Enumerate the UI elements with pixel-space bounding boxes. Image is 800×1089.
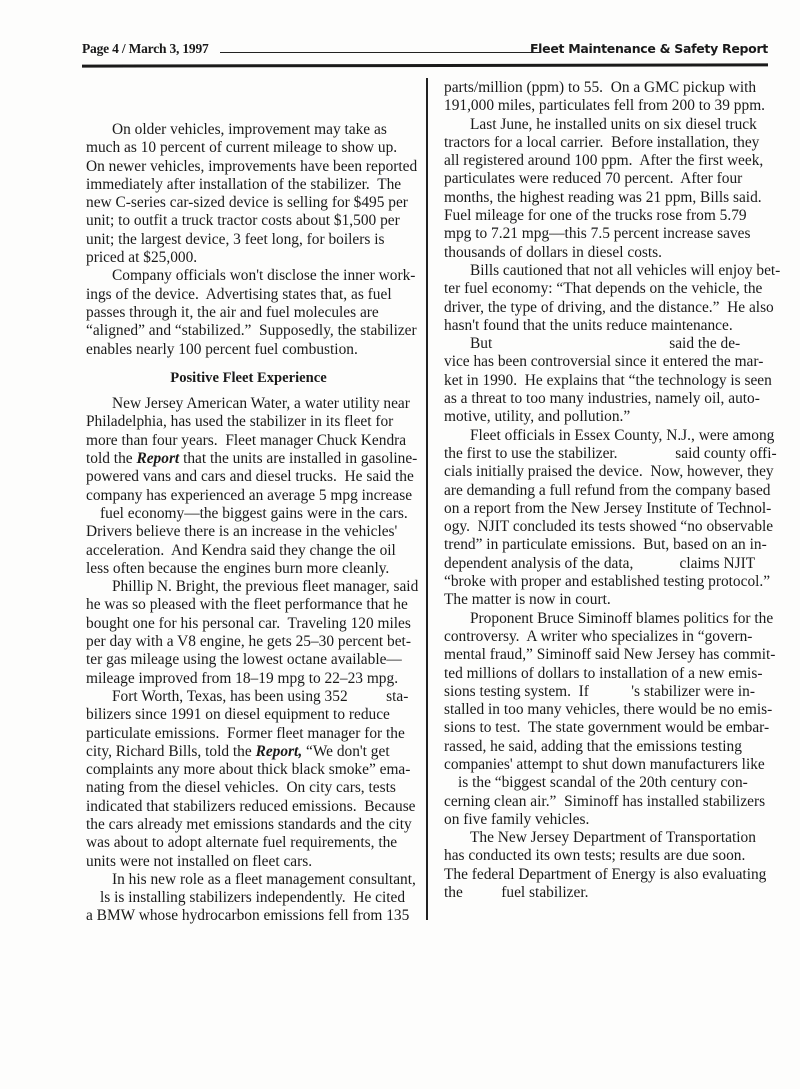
text-line: sions to test. The state government woul…	[444, 719, 774, 737]
text-line: as a threat to too many industries, name…	[444, 390, 774, 408]
text-line: Company officials won't disclose the inn…	[86, 267, 411, 285]
text-line: tractors for a local carrier. Before ins…	[444, 134, 774, 152]
text-line: dependent analysis of the data, claims N…	[444, 555, 774, 573]
text-line: ter gas mileage using the lowest octane …	[86, 651, 411, 669]
text-line: Bills cautioned that not all vehicles wi…	[444, 262, 774, 280]
text-line: units were not installed on fleet cars.	[86, 853, 411, 871]
text-line: sions testing system. If 's stabilizer w…	[444, 683, 774, 701]
text-line: 191,000 miles, particulates fell from 20…	[444, 97, 774, 115]
text-line: passes through it, the air and fuel mole…	[86, 304, 411, 322]
text-line: Fort Worth, Texas, has been using 352 st…	[86, 688, 411, 706]
text-line: unit; the largest device, 3 feet long, f…	[86, 231, 411, 249]
text-line: Philadelphia, has used the stabilizer in…	[86, 413, 411, 431]
page-info: Page 4 / March 3, 1997	[82, 41, 209, 57]
text-line: trend” in particulate emissions. But, ba…	[444, 536, 774, 554]
text-line: priced at $25,000.	[86, 249, 411, 267]
text-line: per day with a V8 engine, he gets 25–30 …	[86, 633, 411, 651]
text-line: bought one for his personal car. Traveli…	[86, 615, 411, 633]
text-line: complaints any more about thick black sm…	[86, 761, 411, 779]
text-line: on five family vehicles.	[444, 811, 774, 829]
text-line: powered vans and cars and diesel trucks.…	[86, 468, 411, 486]
text-line: On newer vehicles, improvements have bee…	[86, 158, 411, 176]
text-line: ls is installing stabilizers independent…	[86, 889, 411, 907]
text-line: The federal Department of Energy is also…	[444, 866, 774, 884]
text-line: driver, the type of driving, and the dis…	[444, 299, 774, 317]
text-line: acceleration. And Kendra said they chang…	[86, 542, 411, 560]
text-line: rassed, he said, adding that the emissio…	[444, 738, 774, 756]
text-line: particulates were reduced 70 percent. Af…	[444, 170, 774, 188]
text-line: unit; to outfit a truck tractor costs ab…	[86, 212, 411, 230]
text-line: company has experienced an average 5 mpg…	[86, 487, 411, 505]
text-line: mpg to 7.21 mpg—this 7.5 percent increas…	[444, 225, 774, 243]
text-line: immediately after installation of the st…	[86, 176, 411, 194]
text-line: ket in 1990. He explains that “the techn…	[444, 372, 774, 390]
text-line: months, the highest reading was 21 ppm, …	[444, 189, 774, 207]
left-column: On older vehicles, improvement may take …	[86, 121, 411, 926]
text-line: But said the de-	[444, 335, 774, 353]
header-divider	[82, 63, 768, 67]
text-line: ted millions of dollars to installation …	[444, 665, 774, 683]
text-line: much as 10 percent of current mileage to…	[86, 139, 411, 157]
text-line: he was so pleased with the fleet perform…	[86, 596, 411, 614]
text-line: told the Report that the units are insta…	[86, 450, 411, 468]
text-line: on a report from the New Jersey Institut…	[444, 500, 774, 518]
text-line: indicated that stabilizers reduced emiss…	[86, 798, 411, 816]
left-column-text-2: New Jersey American Water, a water utili…	[86, 395, 411, 926]
text-line: has conducted its own tests; results are…	[444, 847, 774, 865]
text-line: New Jersey American Water, a water utili…	[86, 395, 411, 413]
text-line: nating from the diesel vehicles. On city…	[86, 779, 411, 797]
text-line: are demanding a full refund from the com…	[444, 482, 774, 500]
text-line: particulate emissions. Former fleet mana…	[86, 725, 411, 743]
publication-reference: Report,	[256, 743, 303, 760]
left-column-text: On older vehicles, improvement may take …	[86, 121, 411, 359]
header-rule	[220, 52, 540, 53]
publication-title: Fleet Maintenance & Safety Report	[530, 41, 768, 56]
text-line: Drivers believe there is an increase in …	[86, 523, 411, 541]
text-line: motive, utility, and pollution.”	[444, 408, 774, 426]
text-line: In his new role as a fleet management co…	[86, 871, 411, 889]
text-line: ings of the device. Advertising states t…	[86, 286, 411, 304]
text-line: is the “biggest scandal of the 20th cent…	[444, 774, 774, 792]
right-column: parts/million (ppm) to 55. On a GMC pick…	[444, 79, 774, 902]
text-line: the first to use the stabilizer. said co…	[444, 445, 774, 463]
text-line: Phillip N. Bright, the previous fleet ma…	[86, 578, 411, 596]
text-line: Fuel mileage for one of the trucks rose …	[444, 207, 774, 225]
text-line: city, Richard Bills, told the Report, “W…	[86, 743, 411, 761]
text-line: hasn't found that the units reduce maint…	[444, 317, 774, 335]
text-line: a BMW whose hydrocarbon emissions fell f…	[86, 907, 411, 925]
text-line: On older vehicles, improvement may take …	[86, 121, 411, 139]
text-line: stalled in too many vehicles, there woul…	[444, 701, 774, 719]
text-line: mental fraud,” Siminoff said New Jersey …	[444, 646, 774, 664]
section-heading: Positive Fleet Experience	[86, 369, 411, 387]
text-line: controversy. A writer who specializes in…	[444, 628, 774, 646]
right-column-text: parts/million (ppm) to 55. On a GMC pick…	[444, 79, 774, 902]
text-line: mileage improved from 18–19 mpg to 22–23…	[86, 670, 411, 688]
text-line: was about to adopt alternate fuel requir…	[86, 834, 411, 852]
text-line: companies' attempt to shut down manufact…	[444, 756, 774, 774]
text-line: The New Jersey Department of Transportat…	[444, 829, 774, 847]
text-line: all registered around 100 ppm. After the…	[444, 152, 774, 170]
text-line: Last June, he installed units on six die…	[444, 116, 774, 134]
text-line: vice has been controversial since it ent…	[444, 353, 774, 371]
text-line: Fleet officials in Essex County, N.J., w…	[444, 427, 774, 445]
text-line: ogy. NJIT concluded its tests showed “no…	[444, 518, 774, 536]
text-line: The matter is now in court.	[444, 591, 774, 609]
text-line: parts/million (ppm) to 55. On a GMC pick…	[444, 79, 774, 97]
text-line: ter fuel economy: “That depends on the v…	[444, 280, 774, 298]
text-line: thousands of dollars in diesel costs.	[444, 244, 774, 262]
text-line: “broke with proper and established testi…	[444, 573, 774, 591]
text-line: cerning clean air.” Siminoff has install…	[444, 793, 774, 811]
text-line: less often because the engines burn more…	[86, 560, 411, 578]
publication-reference: Report	[136, 450, 179, 467]
text-line: cials initially praised the device. Now,…	[444, 463, 774, 481]
text-line: bilizers since 1991 on diesel equipment …	[86, 706, 411, 724]
text-line: the cars already met emissions standards…	[86, 816, 411, 834]
text-line: the fuel stabilizer.	[444, 884, 774, 902]
text-line: more than four years. Fleet manager Chuc…	[86, 432, 411, 450]
text-line: Proponent Bruce Siminoff blames politics…	[444, 610, 774, 628]
text-line: new C-series car-sized device is selling…	[86, 194, 411, 212]
text-line: fuel economy—the biggest gains were in t…	[86, 505, 411, 523]
page-header: Page 4 / March 3, 1997 Fleet Maintenance…	[82, 38, 768, 62]
text-line: “aligned” and “stabilized.” Supposedly, …	[86, 322, 411, 340]
column-divider	[426, 78, 428, 920]
text-line: enables nearly 100 percent fuel combusti…	[86, 341, 411, 359]
